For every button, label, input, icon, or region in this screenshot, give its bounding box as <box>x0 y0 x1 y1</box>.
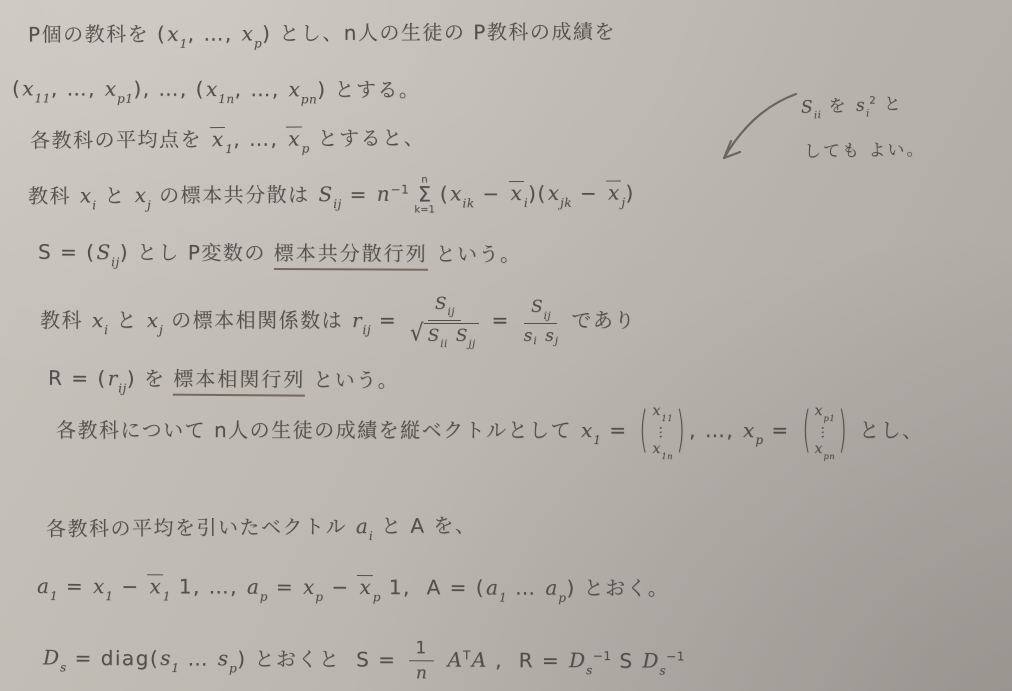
text-run: ( <box>440 182 449 206</box>
radical-icon: √ <box>410 322 424 345</box>
overline-variable: x <box>606 181 621 204</box>
text-run: = <box>268 575 302 599</box>
subscript: i <box>104 323 108 337</box>
text-run: R = ( <box>48 366 107 390</box>
variable: S <box>427 326 441 346</box>
variable: x <box>742 418 755 442</box>
numerator: Sij <box>524 297 557 324</box>
vector-entry: x1n <box>651 442 673 459</box>
handwritten-line-6: 教科 xi と xj の標本相関係数は rij = Sij√Sii Sjj = … <box>40 294 636 349</box>
variable: x <box>241 21 254 45</box>
text-run: … <box>180 646 217 670</box>
underlined-term: 標本共分散行列 <box>274 241 428 271</box>
variable: x <box>814 441 824 457</box>
text-run: ) <box>625 181 634 205</box>
subscript: 11 <box>35 91 51 105</box>
text-run: という。 <box>428 242 522 266</box>
underlined-term: 標本相関行列 <box>173 367 305 397</box>
text-run: ) とおく。 <box>566 576 669 600</box>
handwritten-line-1: P個の教科を (x1, …, xp) とし、n人の生徒の P教科の成績を <box>28 18 616 51</box>
variable: x <box>21 76 34 100</box>
text-run: 教科 <box>40 308 91 332</box>
text-run: の標本相関係数は <box>163 308 351 332</box>
text-run: ( <box>12 76 21 100</box>
subscript: pn <box>823 451 835 461</box>
text-run: = <box>764 418 798 442</box>
subscript: 1n <box>661 451 673 461</box>
text-run: − <box>474 182 508 206</box>
text-run: と <box>876 94 903 115</box>
text-run: という。 <box>305 368 399 393</box>
variable: x <box>205 77 218 101</box>
text-run: 教科 <box>28 184 79 208</box>
text-run: , …, <box>689 418 742 442</box>
column-vector: (xp1…xpn) <box>801 404 849 459</box>
variable: S <box>95 240 111 264</box>
variable: x <box>91 308 104 332</box>
subscript: j <box>147 198 151 212</box>
subscript: s <box>586 664 593 678</box>
subscript: p <box>229 662 237 676</box>
subscript: p <box>315 590 323 604</box>
text-run <box>537 326 544 346</box>
variable: a <box>355 514 369 538</box>
variable: S <box>530 297 544 317</box>
variable: A <box>446 648 463 672</box>
variable: x <box>449 182 462 206</box>
subscript: pn <box>301 92 317 106</box>
variable: x <box>104 77 117 101</box>
subscript: ij <box>118 381 127 395</box>
text-run: と A を、 <box>373 513 476 538</box>
subscript: i <box>92 199 96 213</box>
vector-entries: xp1…xpn <box>812 404 838 459</box>
superscript: −1 <box>593 649 612 663</box>
denominator: n <box>415 662 428 684</box>
vector-entry: xpn <box>814 442 836 459</box>
variable: A <box>471 648 488 672</box>
subscript: ij <box>333 197 342 211</box>
vertical-dots: … <box>659 426 666 439</box>
variable: S <box>455 326 469 346</box>
variable: D <box>568 648 586 672</box>
overline-variable: x <box>210 127 225 150</box>
variable: x <box>79 184 92 208</box>
variable: x <box>166 22 179 46</box>
variable: a <box>246 575 260 599</box>
column-vector: (x11…x1n) <box>638 404 686 459</box>
variable: x <box>302 575 315 599</box>
subscript: p <box>373 590 381 604</box>
overline-variable: x <box>286 126 301 149</box>
subscript: j <box>159 323 163 337</box>
annotation-arrow-icon <box>700 86 804 174</box>
overline-variable: x <box>508 181 523 204</box>
text-run: とし、 <box>851 418 923 442</box>
subscript: ii <box>440 339 448 350</box>
variable: x <box>92 574 105 598</box>
handwritten-line-3: 各教科の平均点を x1, …, xp とすると、 <box>30 125 425 157</box>
handwritten-line-8: 各教科について n人の生徒の成績を縦ベクトルとして x1 = (x11…x1n)… <box>56 404 924 459</box>
text-run: , …, <box>233 127 286 151</box>
variable: S <box>434 294 448 314</box>
variable: r <box>351 308 363 332</box>
text-run: 1 <box>415 638 427 658</box>
handwritten-line-11: Ds = diag(s1 … sp) とおくと S = 1n ATA , R =… <box>42 636 685 685</box>
text-run: = <box>371 308 405 332</box>
variable: x <box>146 308 159 332</box>
text-run: 1, A = ( <box>381 575 485 599</box>
variable: x <box>288 77 301 101</box>
text-run: の標本共分散は <box>151 183 317 208</box>
text-run: , R = <box>487 648 568 672</box>
text-run: S = ( <box>38 240 96 264</box>
subscript: ii <box>814 110 822 121</box>
text-run: とすると、 <box>310 126 426 151</box>
variable: x <box>134 183 147 207</box>
subscript: 1 <box>499 591 507 605</box>
fraction: Sij√Sii Sjj <box>410 294 479 349</box>
subscript: p <box>254 36 262 50</box>
subscript: 1 <box>171 661 179 675</box>
text-run: 各教科の平均点を <box>30 127 210 152</box>
variable: a <box>36 574 50 598</box>
subscript: p <box>558 591 566 605</box>
superscript: −1 <box>666 649 685 663</box>
text-run: ) とおくと S = <box>237 647 404 672</box>
subscript: 1 <box>225 142 233 156</box>
text-run: 各教科について n人の生徒の成績を縦ベクトルとして <box>56 418 580 442</box>
denominator: √Sii Sjj <box>410 321 479 350</box>
vector-entry: … <box>818 424 831 439</box>
text-run: ) とし、n人の生徒の P教科の成績を <box>262 19 616 45</box>
overline-variable: x <box>147 574 162 597</box>
handwritten-line-note-1: Sii を si2 と <box>800 93 904 121</box>
subscript: 1 <box>593 433 601 447</box>
variable: S <box>800 97 814 117</box>
subscript: ik <box>462 197 474 211</box>
variable: s <box>855 96 866 116</box>
handwritten-line-5: S = (Sij) とし P変数の 標本共分散行列 という。 <box>38 239 522 271</box>
text-run: )( <box>528 181 547 205</box>
variable: n <box>376 182 391 206</box>
text-run: しても よい。 <box>804 140 926 162</box>
variable: s <box>523 326 534 346</box>
numerator: Sij <box>428 294 461 321</box>
vector-entry: … <box>656 424 669 439</box>
variable: x <box>651 403 661 419</box>
text-run: = <box>342 182 376 206</box>
text-run: 1, …, <box>171 574 246 598</box>
text-run: − <box>113 574 147 598</box>
variable: s <box>217 647 229 671</box>
handwritten-line-10: a1 = x1 − x1 1, …, ap = xp − xp 1, A = (… <box>36 573 669 605</box>
variable: s <box>159 646 171 670</box>
subscript: 1 <box>105 589 113 603</box>
subscript: p1 <box>117 92 133 106</box>
left-paren: ( <box>638 400 651 463</box>
text-run: と <box>108 308 145 332</box>
text-run: − <box>323 575 357 599</box>
text-run: = diag( <box>67 646 160 670</box>
text-run: を <box>821 96 855 117</box>
text-run: ) とする。 <box>317 77 420 101</box>
subscript: i <box>866 109 870 120</box>
text-run: と <box>96 184 133 208</box>
fraction: 1n <box>409 638 434 684</box>
text-run: S <box>611 649 641 673</box>
square-root: √Sii Sjj <box>410 323 479 350</box>
subscript: ij <box>363 323 372 337</box>
text-run: P個の教科を ( <box>28 22 166 47</box>
subscript: ij <box>447 307 454 318</box>
handwritten-line-4: 教科 xi と xj の標本共分散は Sij = n−1nΣk=1(xik − … <box>28 174 635 217</box>
subscript: p <box>260 590 268 604</box>
text-run: , …, <box>235 77 288 101</box>
variable: x <box>814 403 824 419</box>
handwritten-line-2: (x11, …, xp1), …, (x1n, …, xpn) とする。 <box>12 75 421 106</box>
vector-entry: x11 <box>651 404 673 421</box>
text-run: ) を <box>127 366 174 390</box>
superscript: −1 <box>391 182 410 196</box>
subscript: i <box>369 529 373 543</box>
variable: D <box>641 649 659 673</box>
subscript: 1 <box>50 589 58 603</box>
radicand: Sii Sjj <box>424 323 479 350</box>
variable: x <box>651 441 661 457</box>
text-run: , …, <box>51 76 104 100</box>
summation: nΣk=1 <box>414 175 435 215</box>
variable: s <box>544 326 555 346</box>
overline-variable: x <box>357 575 372 598</box>
variable: D <box>42 646 60 670</box>
text-run: … <box>507 576 544 600</box>
left-paren: ( <box>800 400 813 463</box>
variable: r <box>107 366 119 390</box>
text-run: ) とし P変数の <box>120 240 274 265</box>
variable: x <box>547 181 560 205</box>
text-run: = <box>58 574 92 598</box>
subscript: s <box>60 661 67 675</box>
subscript: ij <box>544 311 551 322</box>
right-paren: ) <box>836 400 849 463</box>
subscript: s <box>659 664 666 678</box>
subscript: ij <box>111 255 120 269</box>
sigma-icon: Σ <box>418 185 431 205</box>
subscript: 1 <box>180 37 188 51</box>
text-run <box>448 326 455 346</box>
subscript: 1 <box>163 589 171 603</box>
subscript: j <box>621 196 625 210</box>
variable: a <box>485 575 499 599</box>
numerator: 1 <box>409 638 433 662</box>
text-run: − <box>572 181 606 205</box>
vector-entries: x11…x1n <box>649 404 675 459</box>
right-paren: ) <box>674 400 687 463</box>
fraction: Sijsi sj <box>523 297 559 346</box>
sum-lower-limit: k=1 <box>414 205 435 215</box>
handwritten-line-7: R = (rij) を 標本相関行列 という。 <box>48 365 399 397</box>
subscript: p1 <box>823 413 835 423</box>
text-run: であり <box>563 308 635 332</box>
subscript: p <box>755 433 763 447</box>
variable: S <box>317 182 333 206</box>
text-run: ), …, ( <box>133 77 205 101</box>
denominator: si sj <box>523 324 559 346</box>
subscript: 11 <box>661 413 673 423</box>
subscript: i <box>524 196 528 210</box>
vertical-dots: … <box>821 426 828 439</box>
handwritten-line-9: 各教科の平均を引いたベクトル ai と A を、 <box>46 512 477 545</box>
variable: n <box>415 664 428 684</box>
subscript: jj <box>468 339 475 350</box>
subscript: 1n <box>218 92 234 106</box>
text-run: = <box>601 418 635 442</box>
superscript: T <box>463 648 471 662</box>
subscript: jk <box>560 196 572 210</box>
text-run <box>439 648 447 672</box>
subscript: p <box>302 141 310 155</box>
text-run: , …, <box>188 21 241 45</box>
subscript: i <box>533 336 537 348</box>
subscript: j <box>555 336 559 348</box>
vector-entry: xp1 <box>814 404 836 421</box>
text-run: = <box>484 308 518 332</box>
variable: a <box>544 576 558 600</box>
variable: x <box>580 418 593 442</box>
handwritten-line-note-2: しても よい。 <box>804 139 926 163</box>
paper: P個の教科を (x1, …, xp) とし、n人の生徒の P教科の成績を(x11… <box>0 0 1012 691</box>
text-run: 各教科の平均を引いたベクトル <box>46 514 355 541</box>
